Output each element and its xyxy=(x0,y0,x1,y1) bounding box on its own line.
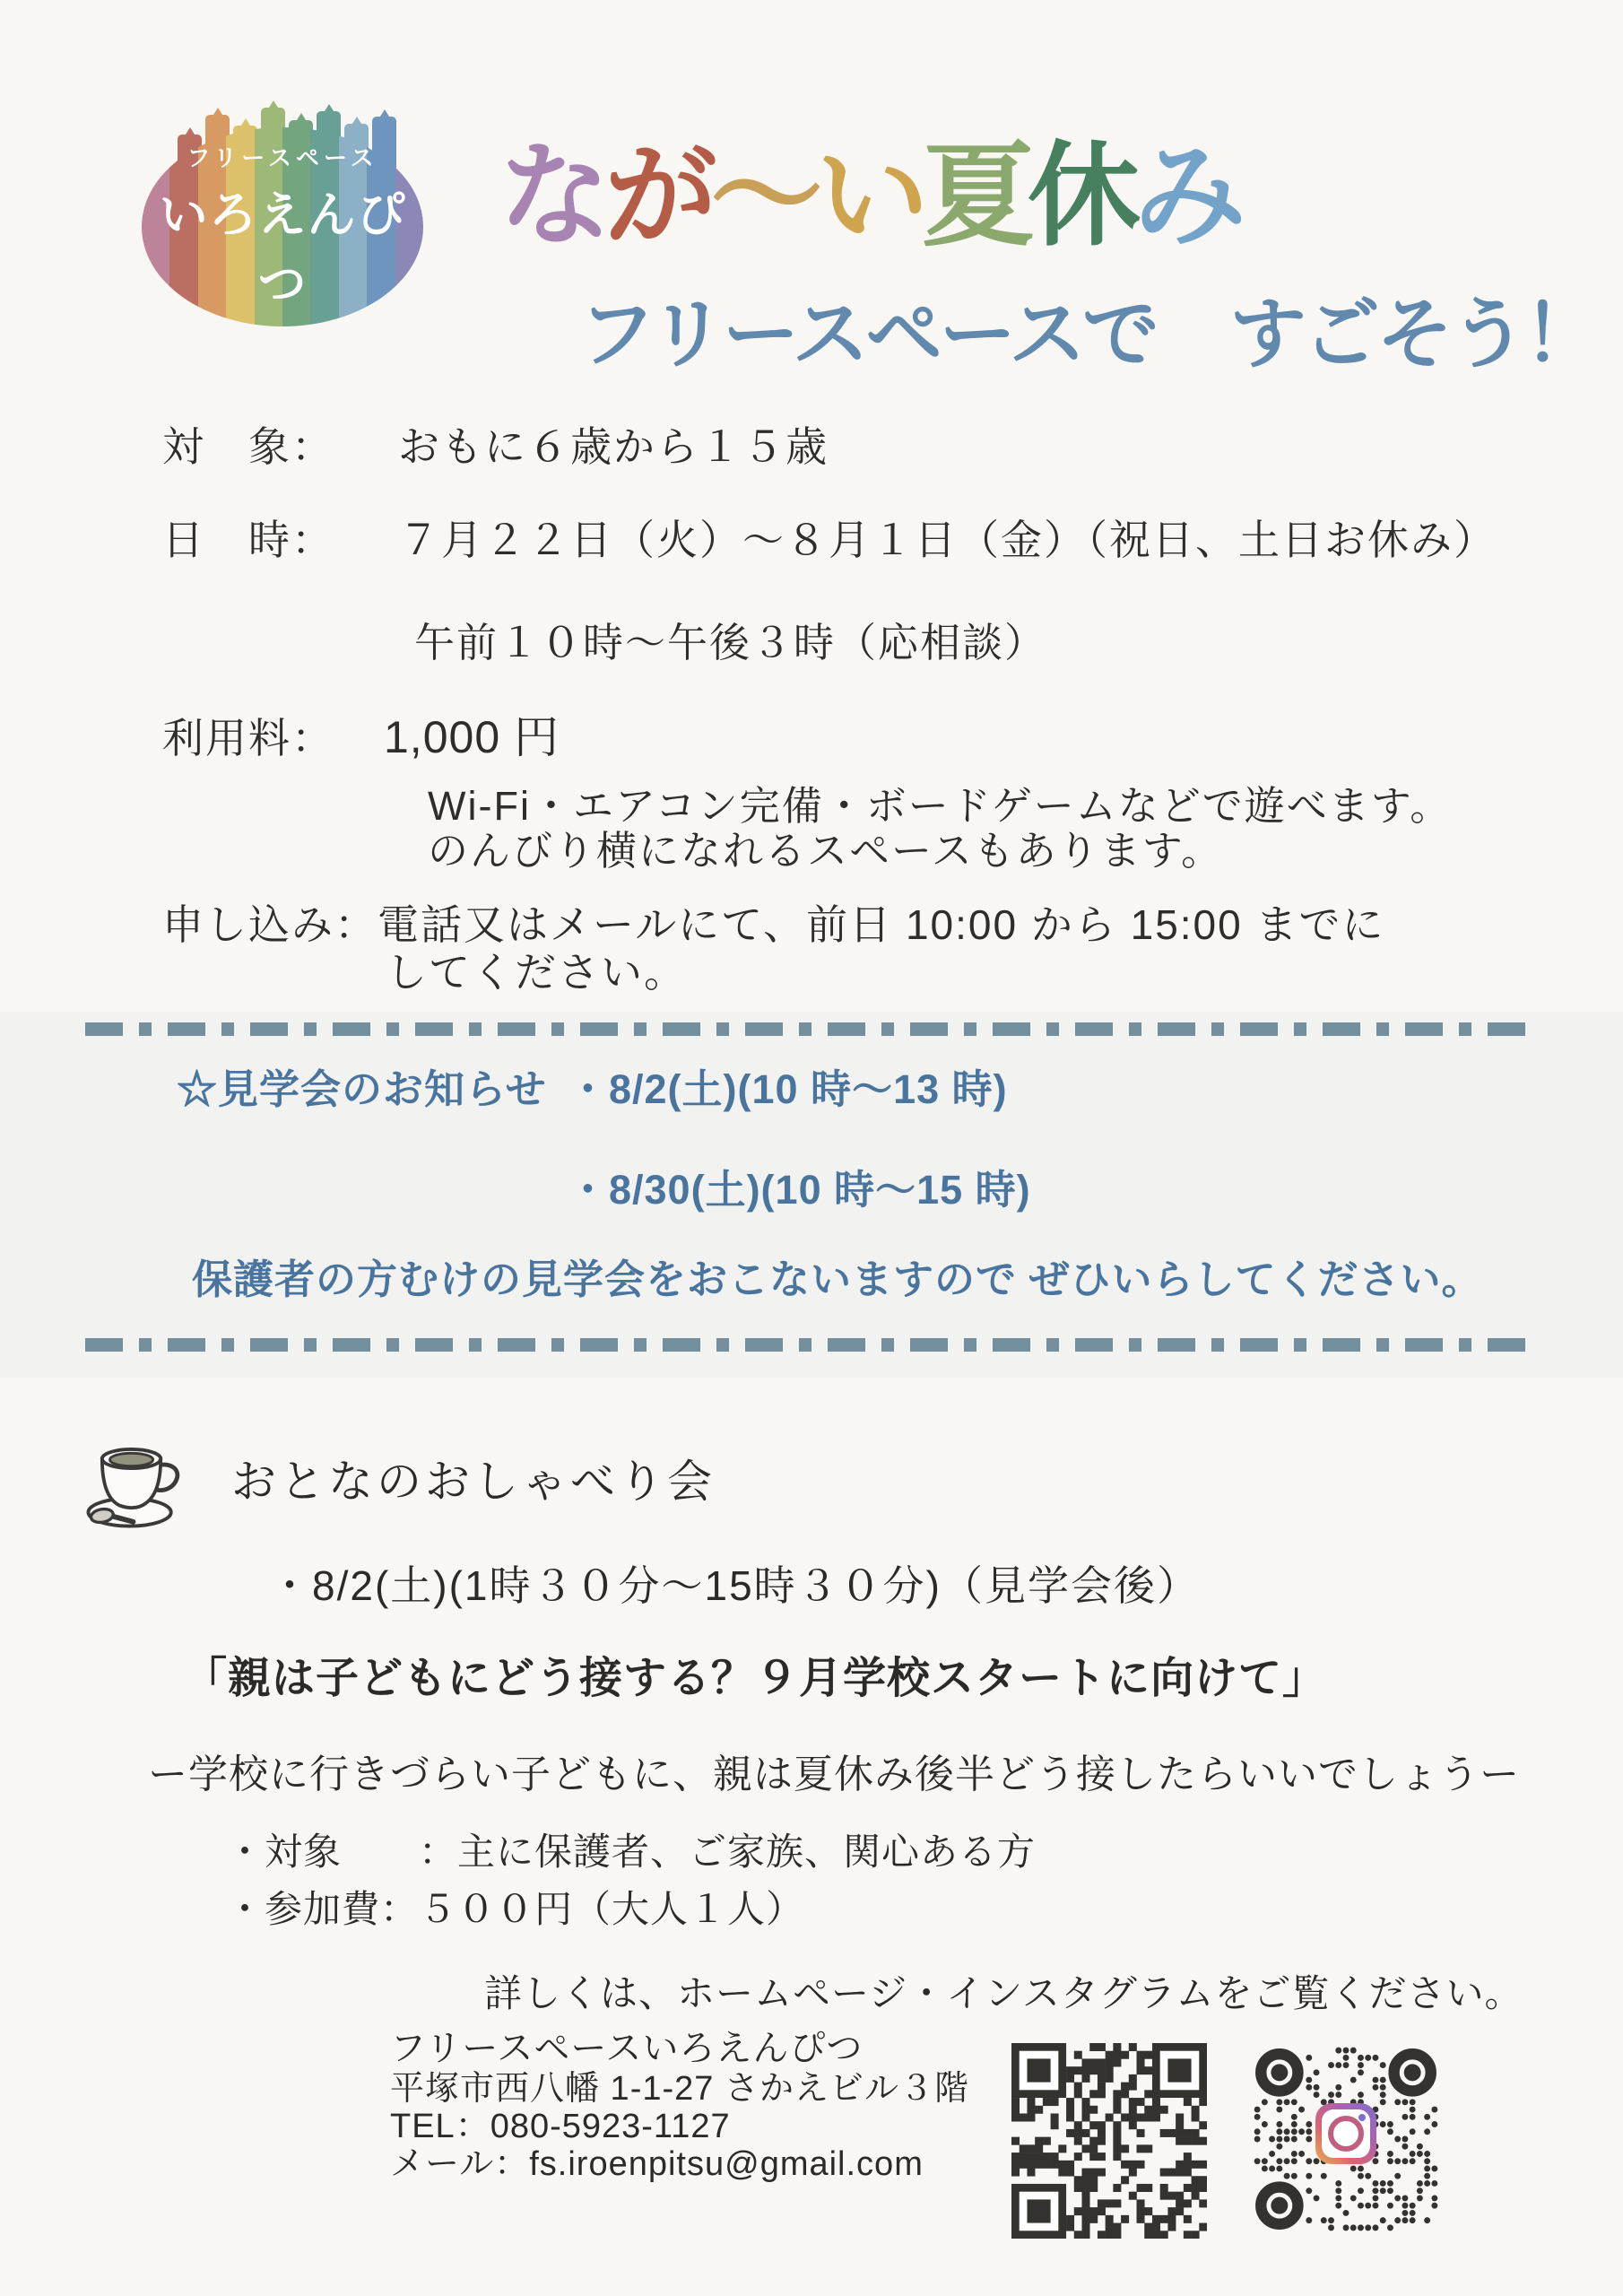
target-label: 対 象： xyxy=(162,414,398,474)
lecture-fee: ・参加費：５００円（大人１人） xyxy=(226,1880,804,1934)
tour-heading: ☆見学会のお知らせ xyxy=(177,1057,547,1115)
main-title: なが～い夏休み xyxy=(499,106,1239,268)
dashed-divider-bottom xyxy=(85,1338,1538,1352)
target-value: おもに６歳から１５歳 xyxy=(398,423,829,470)
title-char: ～ xyxy=(710,133,816,259)
fee-label: 利用料： xyxy=(162,706,384,765)
org-tel: TEL：080-5923-1127 xyxy=(390,2108,731,2146)
datetime-row: 日 時：７月２２日（火）～８月１日（金）（祝日、土日お休み） xyxy=(162,508,1497,567)
qr-code-instagram xyxy=(1254,2047,1438,2236)
org-address: 平塚市西八幡 1-1-27 さかえビル３階 xyxy=(390,2070,969,2109)
fee-note-2: のんびり横になれるスペースもあります。 xyxy=(428,818,1223,876)
flyer-page: フリースペース いろえんぴつ なが～い夏休み フリースペースで すごそう！ 対 … xyxy=(0,0,1623,2296)
iroenpitsu-logo: フリースペース いろえんぴつ xyxy=(135,100,430,326)
target-row: 対 象：おもに６歳から１５歳 xyxy=(162,414,829,474)
tour-date-1: ・8/2(土)(10 時～13 時) xyxy=(568,1057,1008,1115)
apply-line-1: 申し込み：電話又はメールにて、前日 10:00 から 15:00 までに xyxy=(162,892,1385,952)
lecture-subtitle: ー学校に行きづらい子どもに、親は夏休み後半どう接したらいいでしょうー xyxy=(148,1742,1520,1799)
datetime-label: 日 時： xyxy=(162,508,398,567)
apply-line-2: してください。 xyxy=(386,940,687,999)
chat-meeting-title: おとなのおしゃべり会 xyxy=(231,1446,716,1510)
logo-text: フリースペース いろえんぴつ xyxy=(142,127,423,326)
title-char: み xyxy=(1133,133,1239,259)
title-char: 休 xyxy=(1028,133,1133,259)
footer-notice: 詳しくは、ホームページ・インスタグラムをご覧ください。 xyxy=(484,1964,1523,2018)
instagram-icon-flash xyxy=(1358,2114,1366,2121)
fee-row: 利用料：1,000 円 xyxy=(162,701,560,766)
datetime-value: ７月２２日（火）～８月１日（金）（祝日、土日お休み） xyxy=(398,517,1497,563)
dashed-divider-top xyxy=(85,1022,1538,1036)
fee-value: 1,000 円 xyxy=(384,712,560,762)
time-note: 午前１０時～午後３時（応相談） xyxy=(414,610,1046,668)
tour-date-2: ・8/30(土)(10 時～15 時) xyxy=(568,1157,1031,1215)
title-char: 夏 xyxy=(922,133,1028,259)
tour-note: 保護者の方むけの見学会をおこないますので ぜひいらしてください。 xyxy=(192,1247,1483,1305)
title-char: が xyxy=(604,133,710,259)
chat-meeting-date: ・8/2(土)(1時３０分～15時３０分)（見学会後） xyxy=(269,1553,1200,1613)
lecture-target: ・対象 ：主に保護者、ご家族、関心ある方 xyxy=(226,1822,1036,1876)
org-mail: メール：fs.iroenpitsu@gmail.com xyxy=(390,2145,924,2184)
logo-small-label: フリースペース xyxy=(187,140,378,173)
sub-title: フリースペースで すごそう！ xyxy=(578,272,1597,383)
instagram-icon-lens xyxy=(1328,2116,1364,2152)
qr-code-homepage xyxy=(1011,2043,1207,2243)
title-char: い xyxy=(816,133,922,259)
coffee-cup-icon xyxy=(76,1426,188,1543)
title-char: な xyxy=(499,133,604,259)
logo-name: いろえんぴつ xyxy=(142,177,423,315)
instagram-icon xyxy=(1315,2103,1376,2164)
lecture-title: 「親は子どもにどう接する？９月学校スタートに向けて」 xyxy=(184,1643,1326,1705)
org-name: フリースペースいろえんぴつ xyxy=(390,2029,863,2069)
